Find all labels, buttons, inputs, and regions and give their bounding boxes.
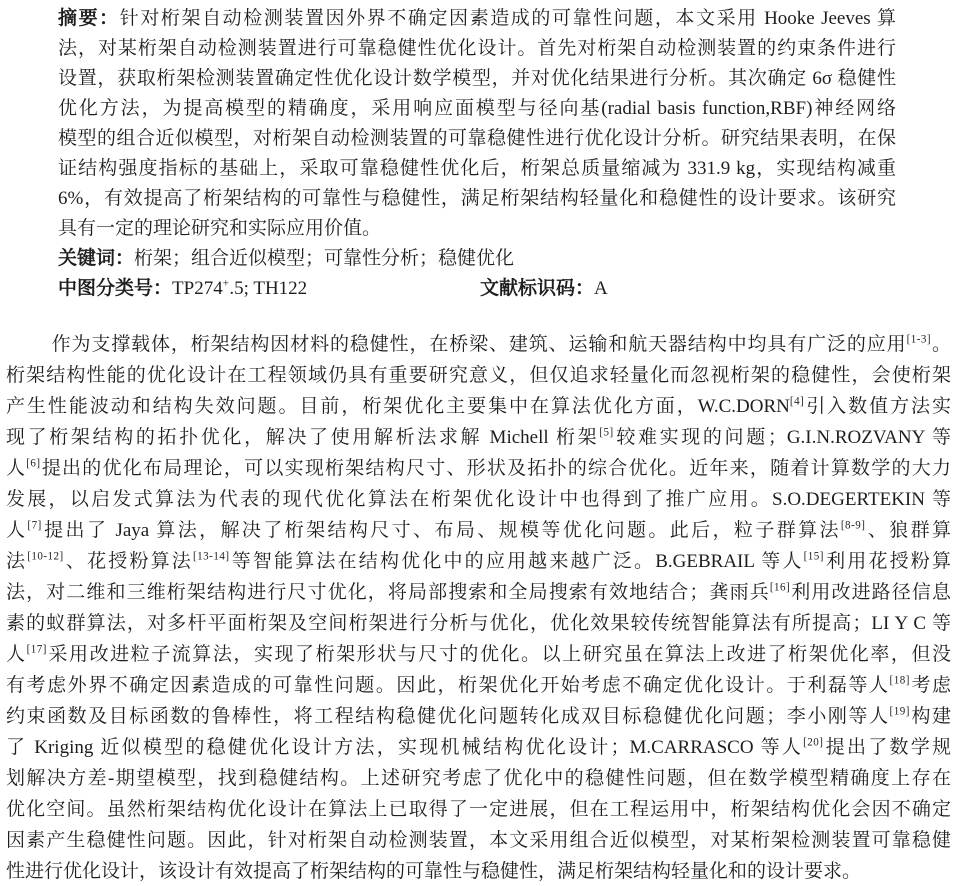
- text-run: 作为支撑载体，桁架结构因材料的稳健性，在桥梁、建筑、运输和航天器结构中均具有广泛…: [52, 334, 907, 355]
- text-line: 模型的组合近似模型，对桁架自动检测装置的可靠稳健性进行优化设计分析。研究结果表明…: [58, 124, 896, 154]
- text-line: 人[17]采用改进粒子流算法，实现了桁架形状与尺寸的优化。以上研究虽在算法上改进…: [6, 639, 951, 670]
- text-line: 有考虑外界不确定因素造成的可靠性问题。因此，桁架优化开始考虑不确定优化设计。于利…: [6, 670, 951, 701]
- text-run: 人: [6, 520, 27, 541]
- text-line: 发展，以启发式算法为代表的现代优化算法在桁架优化设计中也得到了推广应用。S.O.…: [6, 484, 951, 515]
- text-run: 产生性能波动和结构失效问题。目前，桁架优化主要集中在算法优化方面，W.C.DOR…: [6, 396, 790, 417]
- superscript: [20]: [803, 737, 823, 749]
- text-line: 现了桁架结构的拓扑优化，解决了使用解析法求解 Michell 桁架[5]较难实现…: [6, 422, 951, 453]
- text-line: 产生性能波动和结构失效问题。目前，桁架优化主要集中在算法优化方面，W.C.DOR…: [6, 391, 951, 422]
- field-label: 关键词：: [58, 248, 134, 269]
- text-run: 。: [931, 334, 951, 355]
- text-run: 采用改进粒子流算法，实现了桁架形状与尺寸的优化。以上研究虽在算法上改进了桁架优化…: [47, 644, 951, 665]
- text-run: 提出了数学规: [823, 737, 951, 758]
- introduction-section: 作为支撑载体，桁架结构因材料的稳健性，在桥梁、建筑、运输和航天器结构中均具有广泛…: [6, 329, 951, 886]
- field-label: 中图分类号：: [58, 278, 172, 299]
- superscript: [13-14]: [193, 551, 230, 563]
- paper-page: 摘要：针对桁架自动检测装置因外界不确定因素造成的可靠性问题，本文采用 Hooke…: [0, 0, 957, 886]
- text-line: 设置，获取桁架检测装置确定性优化设计数学模型，并对优化结果进行分析。其次确定 6…: [58, 64, 896, 94]
- superscript: [16]: [770, 582, 790, 594]
- text-run: 因素产生稳健性问题。因此，针对桁架自动检测装置，本文采用组合近似模型，对某桁架检…: [6, 830, 951, 851]
- text-line: 因素产生稳健性问题。因此，针对桁架自动检测装置，本文采用组合近似模型，对某桁架检…: [6, 825, 951, 856]
- text-run: 构建: [910, 706, 951, 727]
- text-run: 引入数值方法实: [804, 396, 951, 417]
- text-run: 法，对二维和三维桁架结构进行尺寸优化，将局部搜索和全局搜索有效地结合；龚雨兵: [6, 582, 770, 603]
- text-line: 优化方法，为提高模型的精确度，采用响应面模型与径向基(radial basis …: [58, 94, 896, 124]
- text-run: 6%，有效提高了桁架结构的可靠性与稳健性，满足桁架结构轻量化和稳健性的设计要求。…: [58, 188, 896, 209]
- text-run: 发展，以启发式算法为代表的现代优化算法在桁架优化设计中也得到了推广应用。S.O.…: [6, 489, 951, 510]
- superscript: [10-12]: [27, 551, 64, 563]
- text-run: 有考虑外界不确定因素造成的可靠性问题。因此，桁架优化开始考虑不确定优化设计。于利…: [6, 675, 890, 696]
- text-run: TP274: [172, 278, 223, 299]
- text-run: 了 Kriging 近似模型的稳健优化设计方法，实现机械结构优化设计；M.CAR…: [6, 737, 803, 758]
- text-run: .5; TH122: [229, 278, 307, 299]
- superscript: [7]: [27, 520, 41, 532]
- field-label: 摘要：: [58, 8, 120, 29]
- keywords-line: 关键词：桁架；组合近似模型；可靠性分析；稳健优化: [58, 244, 896, 274]
- text-run: 具有一定的理论研究和实际应用价值。: [58, 218, 381, 239]
- text-run: 桁架结构性能的优化设计在工程领域仍具有重要研究意义，但仅追求轻量化而忽视桁架的稳…: [6, 365, 951, 386]
- text-run: 、狼群算: [865, 520, 951, 541]
- superscript: [8-9]: [841, 520, 866, 532]
- clc-number-group: 中图分类号：TP274+.5; TH122: [58, 278, 307, 299]
- text-run: 模型的组合近似模型，对桁架自动检测装置的可靠稳健性进行优化设计分析。研究结果表明…: [58, 128, 896, 149]
- field-label: 文献标识码：: [480, 278, 594, 299]
- superscript: [15]: [804, 551, 824, 563]
- text-run: 较难实现的问题；G.I.N.ROZVANY 等: [614, 427, 951, 448]
- text-run: 人: [6, 644, 27, 665]
- text-line: 法，对二维和三维桁架结构进行尺寸优化，将局部搜索和全局搜索有效地结合；龚雨兵[1…: [6, 577, 951, 608]
- text-line: 法[10-12]、花授粉算法[13-14]等智能算法在结构优化中的应用越来越广泛…: [6, 546, 951, 577]
- text-run: 针对桁架自动检测装置因外界不确定因素造成的可靠性问题，本文采用 Hooke Je…: [120, 8, 896, 29]
- superscript: [6]: [26, 458, 40, 470]
- text-run: 利用花授粉算: [824, 551, 951, 572]
- text-run: 素的蚁群算法，对多杆平面桁架及空间桁架进行分析与优化，优化效果较传统智能算法有所…: [6, 613, 951, 634]
- text-run: 、花授粉算法: [64, 551, 193, 572]
- text-run: 优化方法，为提高模型的精确度，采用响应面模型与径向基(radial basis …: [58, 98, 896, 119]
- text-line: 桁架结构性能的优化设计在工程领域仍具有重要研究意义，但仅追求轻量化而忽视桁架的稳…: [6, 360, 951, 391]
- text-line: 约束函数及目标函数的鲁棒性，将工程结构稳健优化问题转化成双目标稳健优化问题；李小…: [6, 701, 951, 732]
- text-run: 法，对某桁架自动检测装置进行可靠稳健性优化设计。首先对桁架自动检测装置的约束条件…: [58, 38, 896, 59]
- text-run: 优化空间。虽然桁架结构优化设计在算法上已取得了一定进展，但在工程运用中，桁架结构…: [6, 799, 951, 820]
- text-run: 性进行优化设计，该设计有效提高了桁架结构的可靠性与稳健性，满足桁架结构轻量化和的…: [6, 861, 861, 882]
- text-line: 证结构强度指标的基础上，采取可靠稳健性优化后，桁架总质量缩减为 331.9 kg…: [58, 154, 896, 184]
- text-line: 法，对某桁架自动检测装置进行可靠稳健性优化设计。首先对桁架自动检测装置的约束条件…: [58, 34, 896, 64]
- text-line: 作为支撑载体，桁架结构因材料的稳健性，在桥梁、建筑、运输和航天器结构中均具有广泛…: [6, 329, 951, 360]
- abstract-lines: 摘要：针对桁架自动检测装置因外界不确定因素造成的可靠性问题，本文采用 Hooke…: [58, 4, 896, 244]
- text-run: 提出的优化布局理论，可以实现桁架结构尺寸、形状及拓扑的综合优化。近年来，随着计算…: [41, 458, 951, 479]
- text-run: 约束函数及目标函数的鲁棒性，将工程结构稳健优化问题转化成双目标稳健优化问题；李小…: [6, 706, 890, 727]
- text-line: 划解决方差-期望模型，找到稳健结构。上述研究考虑了优化中的稳健性问题，但在数学模…: [6, 763, 951, 794]
- text-line: 摘要：针对桁架自动检测装置因外界不确定因素造成的可靠性问题，本文采用 Hooke…: [58, 4, 896, 34]
- text-run: 设置，获取桁架检测装置确定性优化设计数学模型，并对优化结果进行分析。其次确定 6…: [58, 68, 896, 89]
- text-run: 桁架；组合近似模型；可靠性分析；稳健优化: [134, 248, 514, 269]
- introduction-lines: 作为支撑载体，桁架结构因材料的稳健性，在桥梁、建筑、运输和航天器结构中均具有广泛…: [6, 329, 951, 886]
- superscript: [5]: [599, 427, 613, 439]
- classification-line: 中图分类号：TP274+.5; TH122 文献标识码：A: [58, 274, 896, 304]
- text-line: 性进行优化设计，该设计有效提高了桁架结构的可靠性与稳健性，满足桁架结构轻量化和的…: [6, 856, 951, 886]
- text-run: 现了桁架结构的拓扑优化，解决了使用解析法求解 Michell 桁架: [6, 427, 599, 448]
- text-line: 人[7]提出了 Jaya 算法，解决了桁架结构尺寸、布局、规模等优化问题。此后，…: [6, 515, 951, 546]
- text-run: 划解决方差-期望模型，找到稳健结构。上述研究考虑了优化中的稳健性问题，但在数学模…: [6, 768, 951, 789]
- text-run: 证结构强度指标的基础上，采取可靠稳健性优化后，桁架总质量缩减为 331.9 kg…: [58, 158, 896, 179]
- text-run: A: [594, 278, 608, 299]
- superscript: [1-3]: [907, 334, 932, 346]
- superscript: [17]: [27, 644, 47, 656]
- text-run: 提出了 Jaya 算法，解决了桁架结构尺寸、布局、规模等优化问题。此后，粒子群算…: [42, 520, 841, 541]
- text-run: 法: [6, 551, 27, 572]
- text-line: 人[6]提出的优化布局理论，可以实现桁架结构尺寸、形状及拓扑的综合优化。近年来，…: [6, 453, 951, 484]
- superscript: [19]: [890, 706, 910, 718]
- text-line: 具有一定的理论研究和实际应用价值。: [58, 214, 896, 244]
- superscript: [4]: [790, 396, 804, 408]
- text-line: 优化空间。虽然桁架结构优化设计在算法上已取得了一定进展，但在工程运用中，桁架结构…: [6, 794, 951, 825]
- superscript: [18]: [890, 675, 910, 687]
- text-run: 等智能算法在结构优化中的应用越来越广泛。B.GEBRAIL 等人: [230, 551, 804, 572]
- text-run: 考虑: [910, 675, 951, 696]
- text-line: 了 Kriging 近似模型的稳健优化设计方法，实现机械结构优化设计；M.CAR…: [6, 732, 951, 763]
- abstract-section: 摘要：针对桁架自动检测装置因外界不确定因素造成的可靠性问题，本文采用 Hooke…: [58, 4, 896, 304]
- text-line: 6%，有效提高了桁架结构的可靠性与稳健性，满足桁架结构轻量化和稳健性的设计要求。…: [58, 184, 896, 214]
- document-code-group: 文献标识码：A: [480, 274, 608, 304]
- text-run: 利用改进路径信息: [790, 582, 951, 603]
- text-run: 人: [6, 458, 26, 479]
- text-line: 素的蚁群算法，对多杆平面桁架及空间桁架进行分析与优化，优化效果较传统智能算法有所…: [6, 608, 951, 639]
